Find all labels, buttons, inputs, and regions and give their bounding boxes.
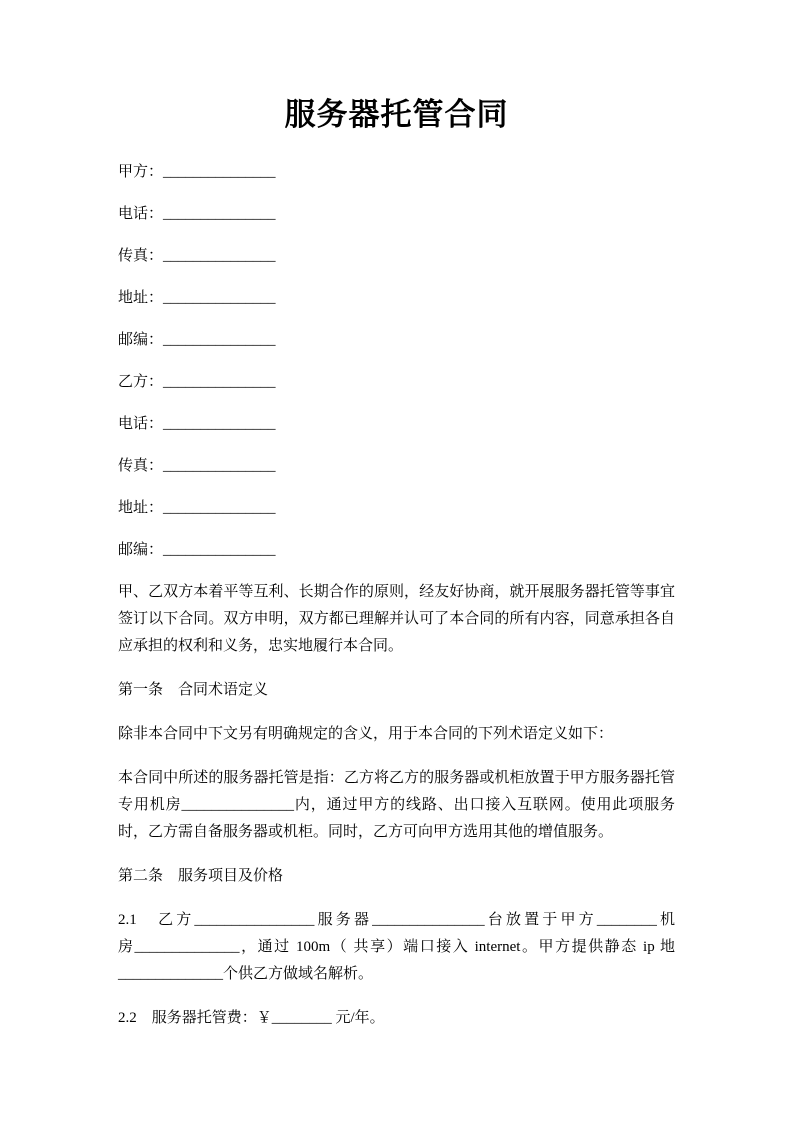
field-label: 电话： xyxy=(118,206,163,222)
definition-line-3: 时，乙方需自备服务器或机柜。同时，乙方可向甲方选用其他的增值服务。 xyxy=(118,819,675,846)
field-label: 电话： xyxy=(118,416,163,432)
fill-in-blank: _______________ xyxy=(163,542,276,558)
contract-document-page: 服务器托管合同 甲方：_______________ 电话：__________… xyxy=(0,0,793,1122)
field-line-party-b-phone: 电话：_______________ xyxy=(118,411,675,438)
document-title: 服务器托管合同 xyxy=(118,92,675,138)
fill-in-blank: _______________ xyxy=(163,458,276,474)
field-label: 邮编： xyxy=(118,542,163,558)
party-b-block: 乙方：_______________ 电话：_______________ 传真… xyxy=(118,369,675,564)
field-line-party-b-fax: 传真：_______________ xyxy=(118,453,675,480)
party-a-block: 甲方：_______________ 电话：_______________ 传真… xyxy=(118,159,675,354)
fill-in-blank: _______________ xyxy=(163,164,276,180)
field-line-party-b-address: 地址：_______________ xyxy=(118,495,675,522)
fill-in-blank: _______________ xyxy=(163,374,276,390)
definition-line-1: 本合同中所述的服务器托管是指：乙方将乙方的服务器或机柜放置于甲方服务器托管 xyxy=(118,765,675,792)
clause-2-1-line-1: 2.1 乙方________________服务器_______________… xyxy=(118,907,675,934)
fill-in-blank: _______________ xyxy=(163,332,276,348)
article-1-heading: 第一条 合同术语定义 xyxy=(118,677,675,704)
fill-in-blank: _______________ xyxy=(163,206,276,222)
clause-2-1-line-3: ______________个供乙方做域名解析。 xyxy=(118,961,675,988)
field-line-party-a-phone: 电话：_______________ xyxy=(118,201,675,228)
article-1-definition-paragraph: 本合同中所述的服务器托管是指：乙方将乙方的服务器或机柜放置于甲方服务器托管 专用… xyxy=(118,765,675,846)
article-1-preamble: 除非本合同中下文另有明确规定的含义，用于本合同的下列术语定义如下： xyxy=(118,721,675,748)
field-label: 邮编： xyxy=(118,332,163,348)
fill-in-blank: _______________ xyxy=(163,500,276,516)
field-line-party-b-postcode: 邮编：_______________ xyxy=(118,537,675,564)
clause-2-1-line-2: 房______________，通过 100m（ 共享）端口接入 interne… xyxy=(118,934,675,961)
field-label: 甲方： xyxy=(118,164,163,180)
intro-paragraph: 甲、乙双方本着平等互利、长期合作的原则，经友好协商，就开展服务器托管等事宜 签订… xyxy=(118,579,675,660)
field-label: 地址： xyxy=(118,290,163,306)
field-line-party-a-fax: 传真：_______________ xyxy=(118,243,675,270)
definition-line-2: 专用机房_______________内，通过甲方的线路、出口接入互联网。使用此… xyxy=(118,792,675,819)
field-label: 地址： xyxy=(118,500,163,516)
fill-in-blank: _______________ xyxy=(163,290,276,306)
clause-2-2: 2.2 服务器托管费：￥________ 元/年。 xyxy=(118,1005,675,1032)
field-label: 传真： xyxy=(118,458,163,474)
field-label: 传真： xyxy=(118,248,163,264)
field-line-party-a-address: 地址：_______________ xyxy=(118,285,675,312)
intro-line-3: 应承担的权利和义务，忠实地履行本合同。 xyxy=(118,633,675,660)
intro-line-2: 签订以下合同。双方申明，双方都已理解并认可了本合同的所有内容，同意承担各自 xyxy=(118,606,675,633)
clause-2-1-paragraph: 2.1 乙方________________服务器_______________… xyxy=(118,907,675,988)
article-2-heading: 第二条 服务项目及价格 xyxy=(118,863,675,890)
field-line-party-a-name: 甲方：_______________ xyxy=(118,159,675,186)
intro-line-1: 甲、乙双方本着平等互利、长期合作的原则，经友好协商，就开展服务器托管等事宜 xyxy=(118,579,675,606)
field-line-party-a-postcode: 邮编：_______________ xyxy=(118,327,675,354)
field-line-party-b-name: 乙方：_______________ xyxy=(118,369,675,396)
field-label: 乙方： xyxy=(118,374,163,390)
fill-in-blank: _______________ xyxy=(163,416,276,432)
fill-in-blank: _______________ xyxy=(163,248,276,264)
